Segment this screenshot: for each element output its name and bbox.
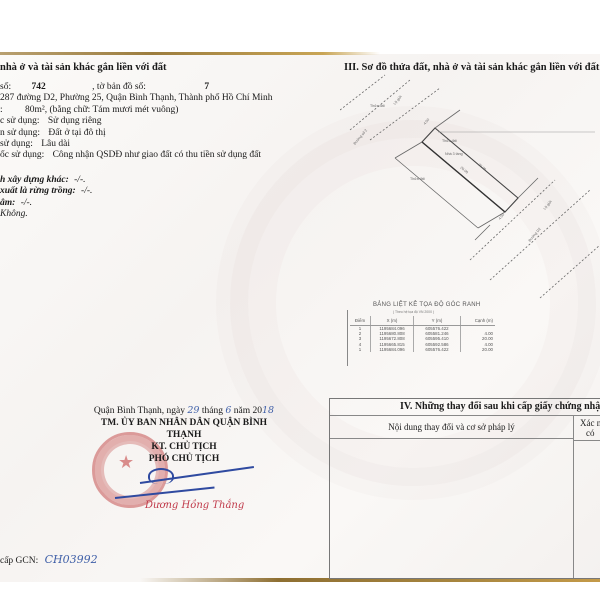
parcel-label: số:	[0, 82, 11, 92]
address-value: 287 đường D2, Phường 25, Quận Bình Thạnh…	[0, 93, 273, 103]
usage-origin-value: Công nhận QSDĐ như giao đất có thu tiền …	[53, 150, 261, 160]
svg-text:Thửa đất: Thửa đất	[370, 104, 385, 108]
signature-loop	[148, 468, 174, 484]
house-label: Nhà 3 tầng	[445, 152, 463, 156]
coord-header-x: X (m)	[371, 316, 414, 326]
svg-text:Đường D2: Đường D2	[528, 227, 542, 243]
other-construction-row: h xây dựng khác: -/-.	[0, 175, 273, 186]
svg-text:Lộ giới: Lộ giới	[393, 95, 403, 106]
coord-row: 11195684.096605576.42220.00	[350, 347, 495, 352]
area-value: 80m², (bằng chữ: Tám mươi mét vuông)	[25, 105, 178, 115]
notes-row: Không.	[0, 209, 273, 220]
address-row: 287 đường D2, Phường 25, Quận Bình Thạnh…	[0, 93, 273, 104]
parcel-number: 742	[31, 82, 45, 92]
usage-purpose-value: Đất ở tại đô thị	[48, 128, 105, 138]
on-behalf-line: KT. CHỦ TỊCH	[84, 441, 284, 453]
other-construction-value: -/-.	[74, 175, 85, 185]
land-info-block: số: 742 , tờ bản đồ số: 7 287 đường D2, …	[0, 82, 273, 220]
changes-col-confirm: Xác n có	[574, 416, 600, 441]
sign-day: 29	[187, 405, 199, 416]
svg-text:Thửa đất: Thửa đất	[410, 177, 425, 181]
notes-value: Không.	[0, 209, 28, 219]
usage-purpose-row: n sử dụng: Đất ở tại đô thị	[0, 128, 273, 139]
svg-text:Thửa đất: Thửa đất	[442, 139, 457, 143]
coord-grid: Điểm X (m) Y (m) Cạnh (m) 11195684.09660…	[350, 316, 495, 352]
perennial-row: âm: -/-.	[0, 198, 273, 209]
coordinate-table: BẢNG LIỆT KÊ TỌA ĐỘ GÓC RANH ( Theo hệ t…	[345, 302, 495, 370]
svg-text:20.00: 20.00	[459, 166, 468, 175]
planted-forest-value: -/-.	[81, 186, 92, 196]
place-date-line: Quận Bình Thạnh, ngày 29 tháng 6 năm 201…	[84, 405, 284, 417]
gcn-label: cấp GCN:	[0, 556, 38, 566]
svg-text:4.00: 4.00	[423, 118, 431, 126]
coord-header-edge: Cạnh (m)	[461, 316, 496, 326]
gcn-number-line: cấp GCN: CH03992	[0, 553, 98, 566]
signing-block: Quận Bình Thạnh, ngày 29 tháng 6 năm 201…	[84, 405, 284, 465]
svg-text:4.00: 4.00	[498, 213, 506, 221]
other-construction-label: h xây dựng khác:	[0, 175, 69, 185]
usage-form-row: c sử dụng: Sử dụng riêng	[0, 116, 273, 127]
signer-name: Dương Hồng Thắng	[145, 500, 244, 511]
svg-text:Lộ giới: Lộ giới	[543, 200, 553, 211]
coord-table-title: BẢNG LIỆT KÊ TỌA ĐỘ GÓC RANH	[373, 302, 481, 308]
changes-table: IV. Những thay đổi sau khi cấp giấy chứn…	[329, 398, 600, 579]
map-sheet-number: 7	[204, 82, 209, 92]
perennial-value: -/-.	[21, 198, 32, 208]
coord-header-y: Y (m)	[414, 316, 461, 326]
area-row: : 80m², (bằng chữ: Tám mươi mét vuông)	[0, 105, 273, 116]
changes-col-content: Nội dung thay đổi và cơ sở pháp lý	[330, 416, 574, 439]
changes-title: IV. Những thay đổi sau khi cấp giấy chứn…	[330, 399, 600, 416]
coord-table-subtitle: ( Theo hệ tọa độ VN 2000 )	[393, 310, 434, 314]
left-section-title: nhà ở và tài sản khác gắn liền với đất	[0, 62, 167, 73]
usage-origin-row: ốc sử dụng: Công nhận QSDĐ như giao đất …	[0, 150, 273, 161]
coord-header-point: Điểm	[350, 316, 371, 326]
usage-term-label: sử dụng:	[0, 139, 33, 149]
usage-form-label: c sử dụng:	[0, 116, 39, 126]
usage-term-value: Lâu dài	[41, 139, 70, 149]
usage-term-row: sử dụng: Lâu dài	[0, 139, 273, 150]
sign-year: 18	[262, 405, 274, 416]
svg-text:Đường số 2: Đường số 2	[353, 128, 368, 145]
sign-month: 6	[225, 405, 231, 416]
position-line: PHÓ CHỦ TỊCH	[84, 453, 284, 465]
usage-purpose-label: n sử dụng:	[0, 128, 40, 138]
usage-origin-label: ốc sử dụng:	[0, 150, 44, 160]
gcn-number: CH03992	[45, 553, 98, 566]
area-label: :	[0, 105, 3, 115]
parcel-diagram: Nhà 3 tầng 20.00 20.00 4.00 4.00 Thửa đấ…	[340, 70, 600, 300]
usage-form-value: Sử dụng riêng	[48, 116, 102, 126]
changes-column-divider	[573, 438, 574, 578]
map-sheet-label: , tờ bản đồ số:	[92, 82, 146, 92]
authority-line: TM. ỦY BAN NHÂN DÂN QUẬN BÌNH THẠNH	[84, 417, 284, 441]
paper-fold-top	[0, 52, 380, 55]
planted-forest-row: xuất là rừng trồng: -/-.	[0, 186, 273, 197]
perennial-label: âm:	[0, 198, 15, 208]
planted-forest-label: xuất là rừng trồng:	[0, 186, 76, 196]
parcel-row: số: 742 , tờ bản đồ số: 7	[0, 82, 273, 93]
